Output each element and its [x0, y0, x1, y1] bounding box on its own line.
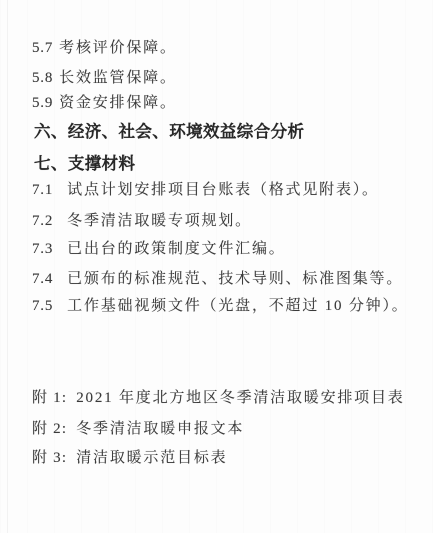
- attachment-text: 2021 年度北方地区冬季清洁取暖安排项目表: [76, 390, 404, 406]
- scan-artifact-line: [7, 0, 8, 533]
- attachment-number: 附 3:: [32, 450, 67, 466]
- item-text: 试点计划安排项目台账表（格式见附表）。: [67, 182, 379, 198]
- attachment-2: 附 2:冬季清洁取暖申报文本: [32, 419, 244, 439]
- section-number: 六、: [34, 123, 68, 141]
- attachment-number: 附 2:: [32, 421, 67, 437]
- item-number: 7.1: [32, 182, 53, 198]
- item-text: 工作基础视频文件（光盘，不超过 10 分钟）。: [67, 298, 408, 314]
- item-number: 7.3: [32, 241, 53, 257]
- line-7-1: 7.1试点计划安排项目台账表（格式见附表）。: [32, 180, 379, 200]
- attachment-text: 清洁取暖示范目标表: [76, 450, 227, 466]
- attachment-number: 附 1:: [32, 390, 67, 406]
- line-7-3: 7.3已出台的政策制度文件汇编。: [32, 239, 286, 259]
- item-number: 5.8: [32, 70, 53, 86]
- section-title: 经济、社会、环境效益综合分析: [68, 123, 305, 141]
- item-number: 5.7: [32, 40, 53, 56]
- item-text: 考核评价保障。: [59, 40, 177, 56]
- item-text: 已出台的政策制度文件汇编。: [67, 241, 285, 257]
- section-number: 七、: [34, 155, 68, 173]
- line-5-8: 5.8长效监管保障。: [32, 68, 177, 88]
- attachment-3: 附 3:清洁取暖示范目标表: [32, 448, 227, 468]
- section-title: 支撑材料: [68, 155, 136, 173]
- heading-section-6: 六、经济、社会、环境效益综合分析: [34, 122, 304, 142]
- heading-section-7: 七、支撑材料: [34, 154, 135, 174]
- attachment-text: 冬季清洁取暖申报文本: [76, 421, 244, 437]
- item-text: 长效监管保障。: [59, 70, 177, 86]
- item-text: 冬季清洁取暖专项规划。: [67, 213, 252, 229]
- attachment-1: 附 1:2021 年度北方地区冬季清洁取暖安排项目表: [32, 388, 405, 408]
- item-text: 资金安排保障。: [59, 95, 177, 111]
- line-5-7: 5.7考核评价保障。: [32, 38, 177, 58]
- line-7-5: 7.5工作基础视频文件（光盘，不超过 10 分钟）。: [32, 296, 409, 316]
- line-5-9: 5.9资金安排保障。: [32, 93, 177, 113]
- item-number: 7.2: [32, 213, 53, 229]
- document-page: 5.7考核评价保障。 5.8长效监管保障。 5.9资金安排保障。 六、经济、社会…: [0, 0, 433, 533]
- item-text: 已颁布的标准规范、技术导则、标准图集等。: [67, 271, 403, 287]
- line-7-2: 7.2冬季清洁取暖专项规划。: [32, 211, 252, 231]
- item-number: 7.4: [32, 271, 53, 287]
- line-7-4: 7.4已颁布的标准规范、技术导则、标准图集等。: [32, 269, 403, 289]
- item-number: 7.5: [32, 298, 53, 314]
- item-number: 5.9: [32, 95, 53, 111]
